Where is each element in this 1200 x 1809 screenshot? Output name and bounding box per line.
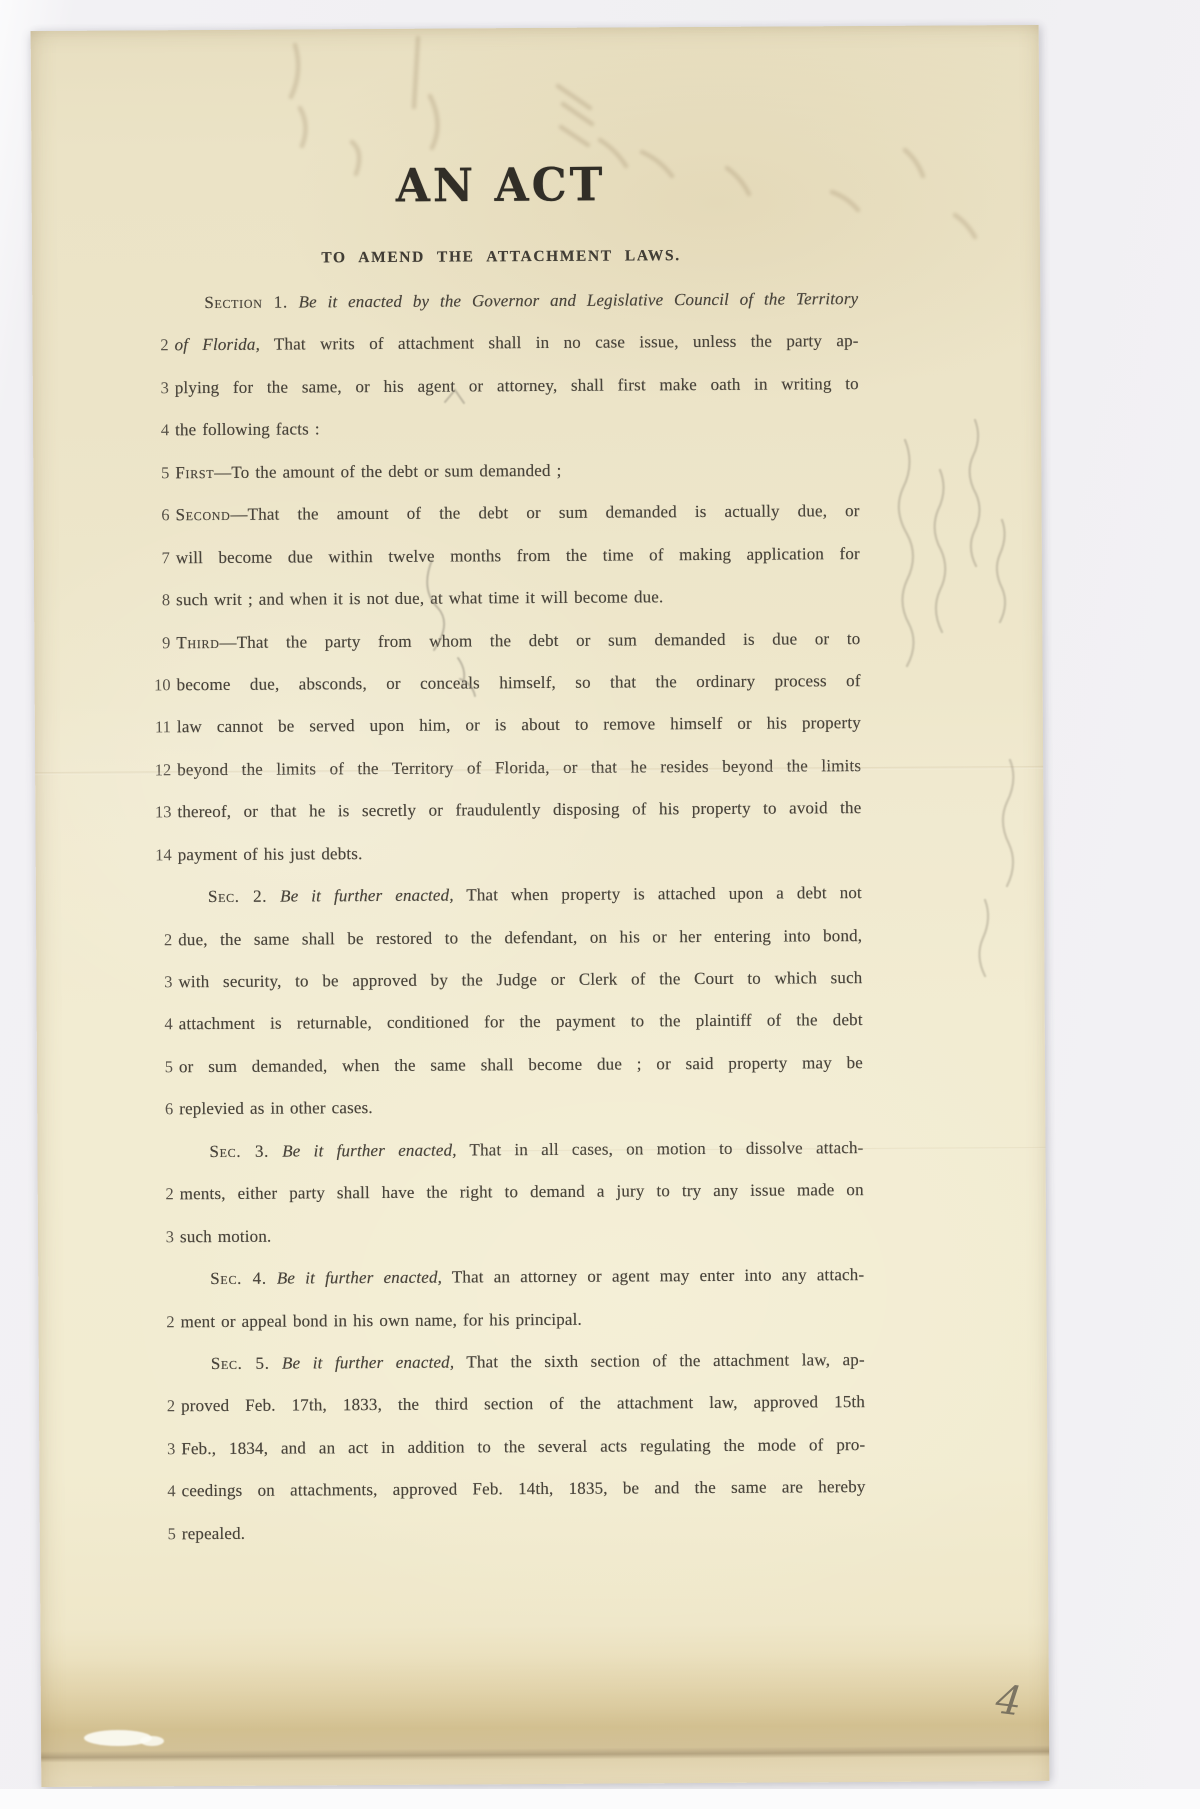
line-text: Sec. 5. Be it further enacted, That the … (181, 1339, 865, 1386)
line-text: First—To the amount of the debt or sum d… (175, 448, 859, 495)
line-number: 2 (122, 325, 168, 368)
act-line-section-1-14: 14payment of his just debts. (36, 829, 1044, 878)
line-number: 2 (126, 919, 172, 962)
line-number: 3 (126, 961, 172, 1004)
line-text: Feb., 1834, and an act in addition to th… (181, 1424, 865, 1471)
line-number (129, 1343, 175, 1386)
line-number: 4 (123, 410, 169, 453)
act-line-section-4-1: Sec. 4. Be it further enacted, That an a… (38, 1253, 1046, 1302)
act-line-section-1-2: 2of Florida, That writs of attachment sh… (32, 319, 1040, 368)
line-number: 6 (123, 494, 169, 537)
line-number: 9 (124, 622, 170, 665)
line-number (126, 876, 172, 919)
line-text: with security, to be approved by the Jud… (178, 957, 862, 1004)
paper-fold-shadow (41, 1653, 1050, 1787)
act-line-section-5-1: Sec. 5. Be it further enacted, That the … (39, 1338, 1047, 1387)
act-line-section-1-13: 13thereof, or that he is secretly or fra… (35, 786, 1043, 835)
act-line-section-2-2: 2due, the same shall be restored to the … (36, 913, 1044, 962)
act-line-section-1-9: 9Third—That the party from whom the debt… (34, 616, 1042, 665)
act-line-section-1-1: Section 1. Be it enacted by the Governor… (32, 277, 1040, 326)
act-line-section-5-5: 5repealed. (40, 1508, 1048, 1557)
scanned-document-page: AN ACT TO AMEND THE ATTACHMENT LAWS. Sec… (0, 0, 1200, 1809)
line-text: become due, absconds, or conceals himsel… (177, 660, 861, 707)
act-line-section-5-4: 4ceedings on attachments, approved Feb. … (39, 1465, 1047, 1514)
line-number: 14 (126, 834, 172, 877)
line-number: 8 (124, 579, 170, 622)
page-title: AN ACT (31, 160, 969, 211)
line-text: thereof, or that he is secretly or fraud… (177, 787, 861, 834)
line-text: payment of his just debts. (178, 830, 862, 877)
document-header: AN ACT TO AMEND THE ATTACHMENT LAWS. (31, 25, 969, 31)
line-number: 5 (123, 452, 169, 495)
document-paper: AN ACT TO AMEND THE ATTACHMENT LAWS. Sec… (31, 25, 1050, 1787)
line-text: Section 1. Be it enacted by the Governor… (174, 278, 858, 325)
line-text: Sec. 2. Be it further enacted, That when… (178, 872, 862, 919)
line-text: plying for the same, or his agent or att… (175, 363, 859, 410)
act-line-section-1-3: 3plying for the same, or his agent or at… (33, 362, 1041, 411)
line-number (128, 1258, 174, 1301)
line-text: ment or appeal bond in his own name, for… (180, 1297, 864, 1344)
line-number: 3 (129, 1428, 175, 1471)
line-text: proved Feb. 17th, 1833, the third sectio… (181, 1381, 865, 1428)
act-line-section-1-5: 5First—To the amount of the debt or sum … (33, 447, 1041, 496)
act-line-section-2-6: 6replevied as in other cases. (37, 1083, 1045, 1132)
page-subtitle: TO AMEND THE ATTACHMENT LAWS. (32, 246, 970, 267)
line-number: 2 (128, 1173, 174, 1216)
act-line-section-3-3: 3such motion. (38, 1211, 1046, 1260)
act-line-section-1-7: 7will become due within twelve months fr… (34, 532, 1042, 581)
line-text: due, the same shall be restored to the d… (178, 915, 862, 962)
act-line-section-2-1: Sec. 2. Be it further enacted, That when… (36, 871, 1044, 920)
line-number: 4 (127, 1004, 173, 1047)
line-text: ments, either party shall have the right… (180, 1169, 864, 1216)
line-text: the following facts : (175, 405, 859, 452)
line-text: ceedings on attachments, approved Feb. 1… (181, 1466, 865, 1513)
line-text: replevied as in other cases. (179, 1084, 863, 1131)
line-number: 6 (127, 1089, 173, 1132)
act-line-section-1-4: 4the following facts : (33, 404, 1041, 453)
line-text: Sec. 4. Be it further enacted, That an a… (180, 1254, 864, 1301)
act-line-section-5-3: 3Feb., 1834, and an act in addition to t… (39, 1423, 1047, 1472)
line-text: Third—That the party from whom the debt … (176, 618, 860, 665)
act-body: Section 1. Be it enacted by the Governor… (32, 277, 1048, 1556)
line-number: 2 (128, 1301, 174, 1344)
line-number: 4 (129, 1470, 175, 1513)
line-number: 5 (127, 1046, 173, 1089)
line-number: 11 (125, 707, 171, 750)
act-line-section-1-8: 8such writ ; and when it is not due, at … (34, 574, 1042, 623)
line-number: 7 (124, 537, 170, 580)
line-number: 2 (129, 1386, 175, 1429)
line-text: law cannot be served upon him, or is abo… (177, 702, 861, 749)
line-text: of Florida, That writs of attachment sha… (174, 320, 858, 367)
line-text: attachment is returnable, conditioned fo… (179, 999, 863, 1046)
line-text: Second—That the amount of the debt or su… (175, 490, 859, 537)
line-number (122, 282, 168, 325)
line-text: or sum demanded, when the same shall bec… (179, 1042, 863, 1089)
act-line-section-3-2: 2ments, either party shall have the righ… (38, 1168, 1046, 1217)
line-number: 13 (125, 792, 171, 835)
act-line-section-4-2: 2ment or appeal bond in his own name, fo… (38, 1295, 1046, 1344)
line-number: 5 (130, 1513, 176, 1556)
line-number: 3 (123, 367, 169, 410)
line-number (127, 1131, 173, 1174)
act-line-section-5-2: 2proved Feb. 17th, 1833, the third secti… (39, 1380, 1047, 1429)
act-line-section-2-5: 5or sum demanded, when the same shall be… (37, 1041, 1045, 1090)
line-text: such writ ; and when it is not due, at w… (176, 575, 860, 622)
line-number: 3 (128, 1216, 174, 1259)
act-line-section-1-6: 6Second—That the amount of the debt or s… (33, 489, 1041, 538)
act-line-section-1-11: 11law cannot be served upon him, or is a… (35, 701, 1043, 750)
line-number: 10 (125, 664, 171, 707)
act-line-section-2-3: 3with security, to be approved by the Ju… (36, 956, 1044, 1005)
act-line-section-1-10: 10become due, absconds, or conceals hims… (35, 659, 1043, 708)
line-text: such motion. (180, 1212, 864, 1259)
line-text: repealed. (182, 1509, 866, 1556)
act-line-section-2-4: 4attachment is returnable, conditioned f… (37, 998, 1045, 1047)
line-text: will become due within twelve months fro… (176, 533, 860, 580)
